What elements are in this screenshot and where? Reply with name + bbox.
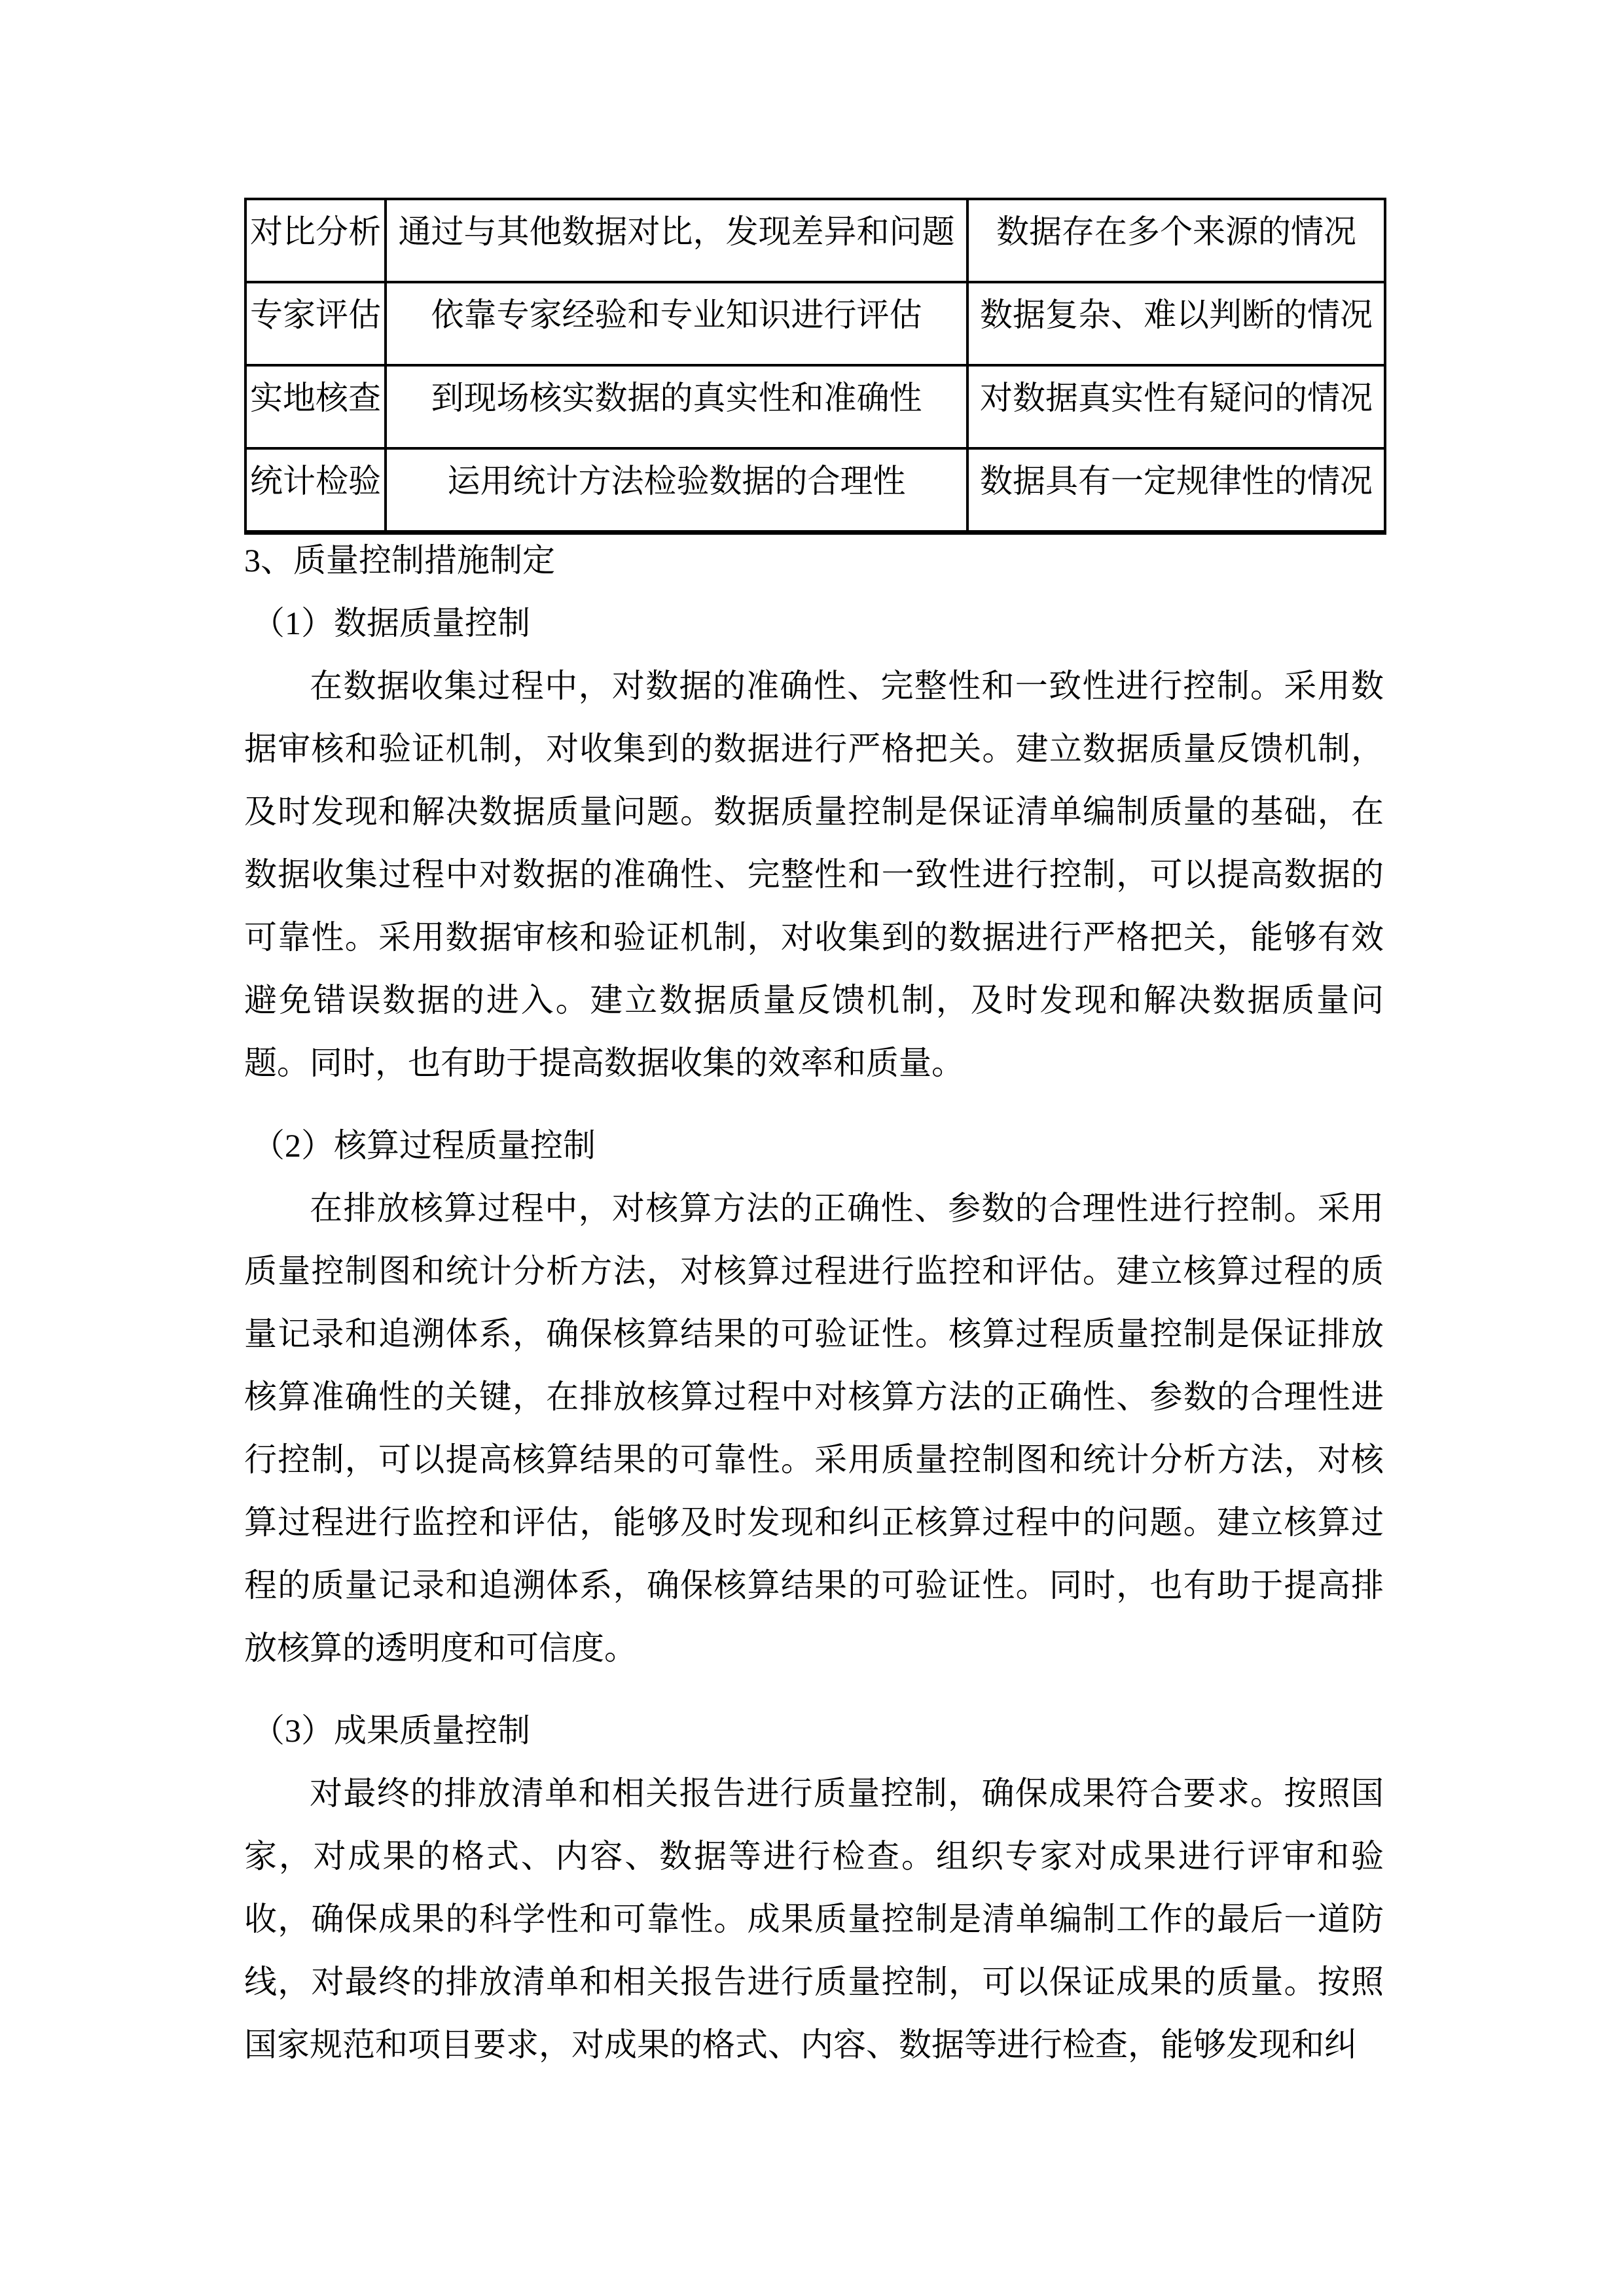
verification-methods-table: 对比分析 通过与其他数据对比，发现差异和问题 数据存在多个来源的情况 专家评估 … xyxy=(244,198,1386,535)
subsection-title-deliverable-quality: （3）成果质量控制 xyxy=(244,1699,1384,1762)
table-cell-description: 通过与其他数据对比，发现差异和问题 xyxy=(386,199,967,282)
table-cell-scenario: 数据复杂、难以判断的情况 xyxy=(967,282,1385,365)
subsection-title-data-quality: （1）数据质量控制 xyxy=(244,592,1384,655)
table-row: 统计检验 运用统计方法检验数据的合理性 数据具有一定规律性的情况 xyxy=(245,448,1385,533)
table-cell-scenario: 对数据真实性有疑问的情况 xyxy=(967,365,1385,448)
table-cell-method: 实地核查 xyxy=(245,365,386,448)
document-body: 3、质量控制措施制定 （1）数据质量控制 在数据收集过程中，对数据的准确性、完整… xyxy=(244,529,1384,2076)
table-cell-scenario: 数据存在多个来源的情况 xyxy=(967,199,1385,282)
paragraph-data-quality: 在数据收集过程中，对数据的准确性、完整性和一致性进行控制。采用数据审核和验证机制… xyxy=(244,655,1384,1094)
table-cell-description: 依靠专家经验和专业知识进行评估 xyxy=(386,282,967,365)
table-cell-description: 运用统计方法检验数据的合理性 xyxy=(386,448,967,533)
paragraph-deliverable-quality: 对最终的排放清单和相关报告进行质量控制，确保成果符合要求。按照国家，对成果的格式… xyxy=(244,1762,1384,2076)
table-cell-method: 对比分析 xyxy=(245,199,386,282)
table-cell-description: 到现场核实数据的真实性和准确性 xyxy=(386,365,967,448)
table-cell-scenario: 数据具有一定规律性的情况 xyxy=(967,448,1385,533)
document-page: 对比分析 通过与其他数据对比，发现差异和问题 数据存在多个来源的情况 专家评估 … xyxy=(0,0,1624,2296)
section-heading: 3、质量控制措施制定 xyxy=(244,529,1384,592)
table-row: 实地核查 到现场核实数据的真实性和准确性 对数据真实性有疑问的情况 xyxy=(245,365,1385,448)
subsection-title-accounting-process-quality: （2）核算过程质量控制 xyxy=(244,1114,1384,1177)
table-row: 对比分析 通过与其他数据对比，发现差异和问题 数据存在多个来源的情况 xyxy=(245,199,1385,282)
table-cell-method: 统计检验 xyxy=(245,448,386,533)
paragraph-accounting-process-quality: 在排放核算过程中，对核算方法的正确性、参数的合理性进行控制。采用质量控制图和统计… xyxy=(244,1177,1384,1679)
table-row: 专家评估 依靠专家经验和专业知识进行评估 数据复杂、难以判断的情况 xyxy=(245,282,1385,365)
table-cell-method: 专家评估 xyxy=(245,282,386,365)
